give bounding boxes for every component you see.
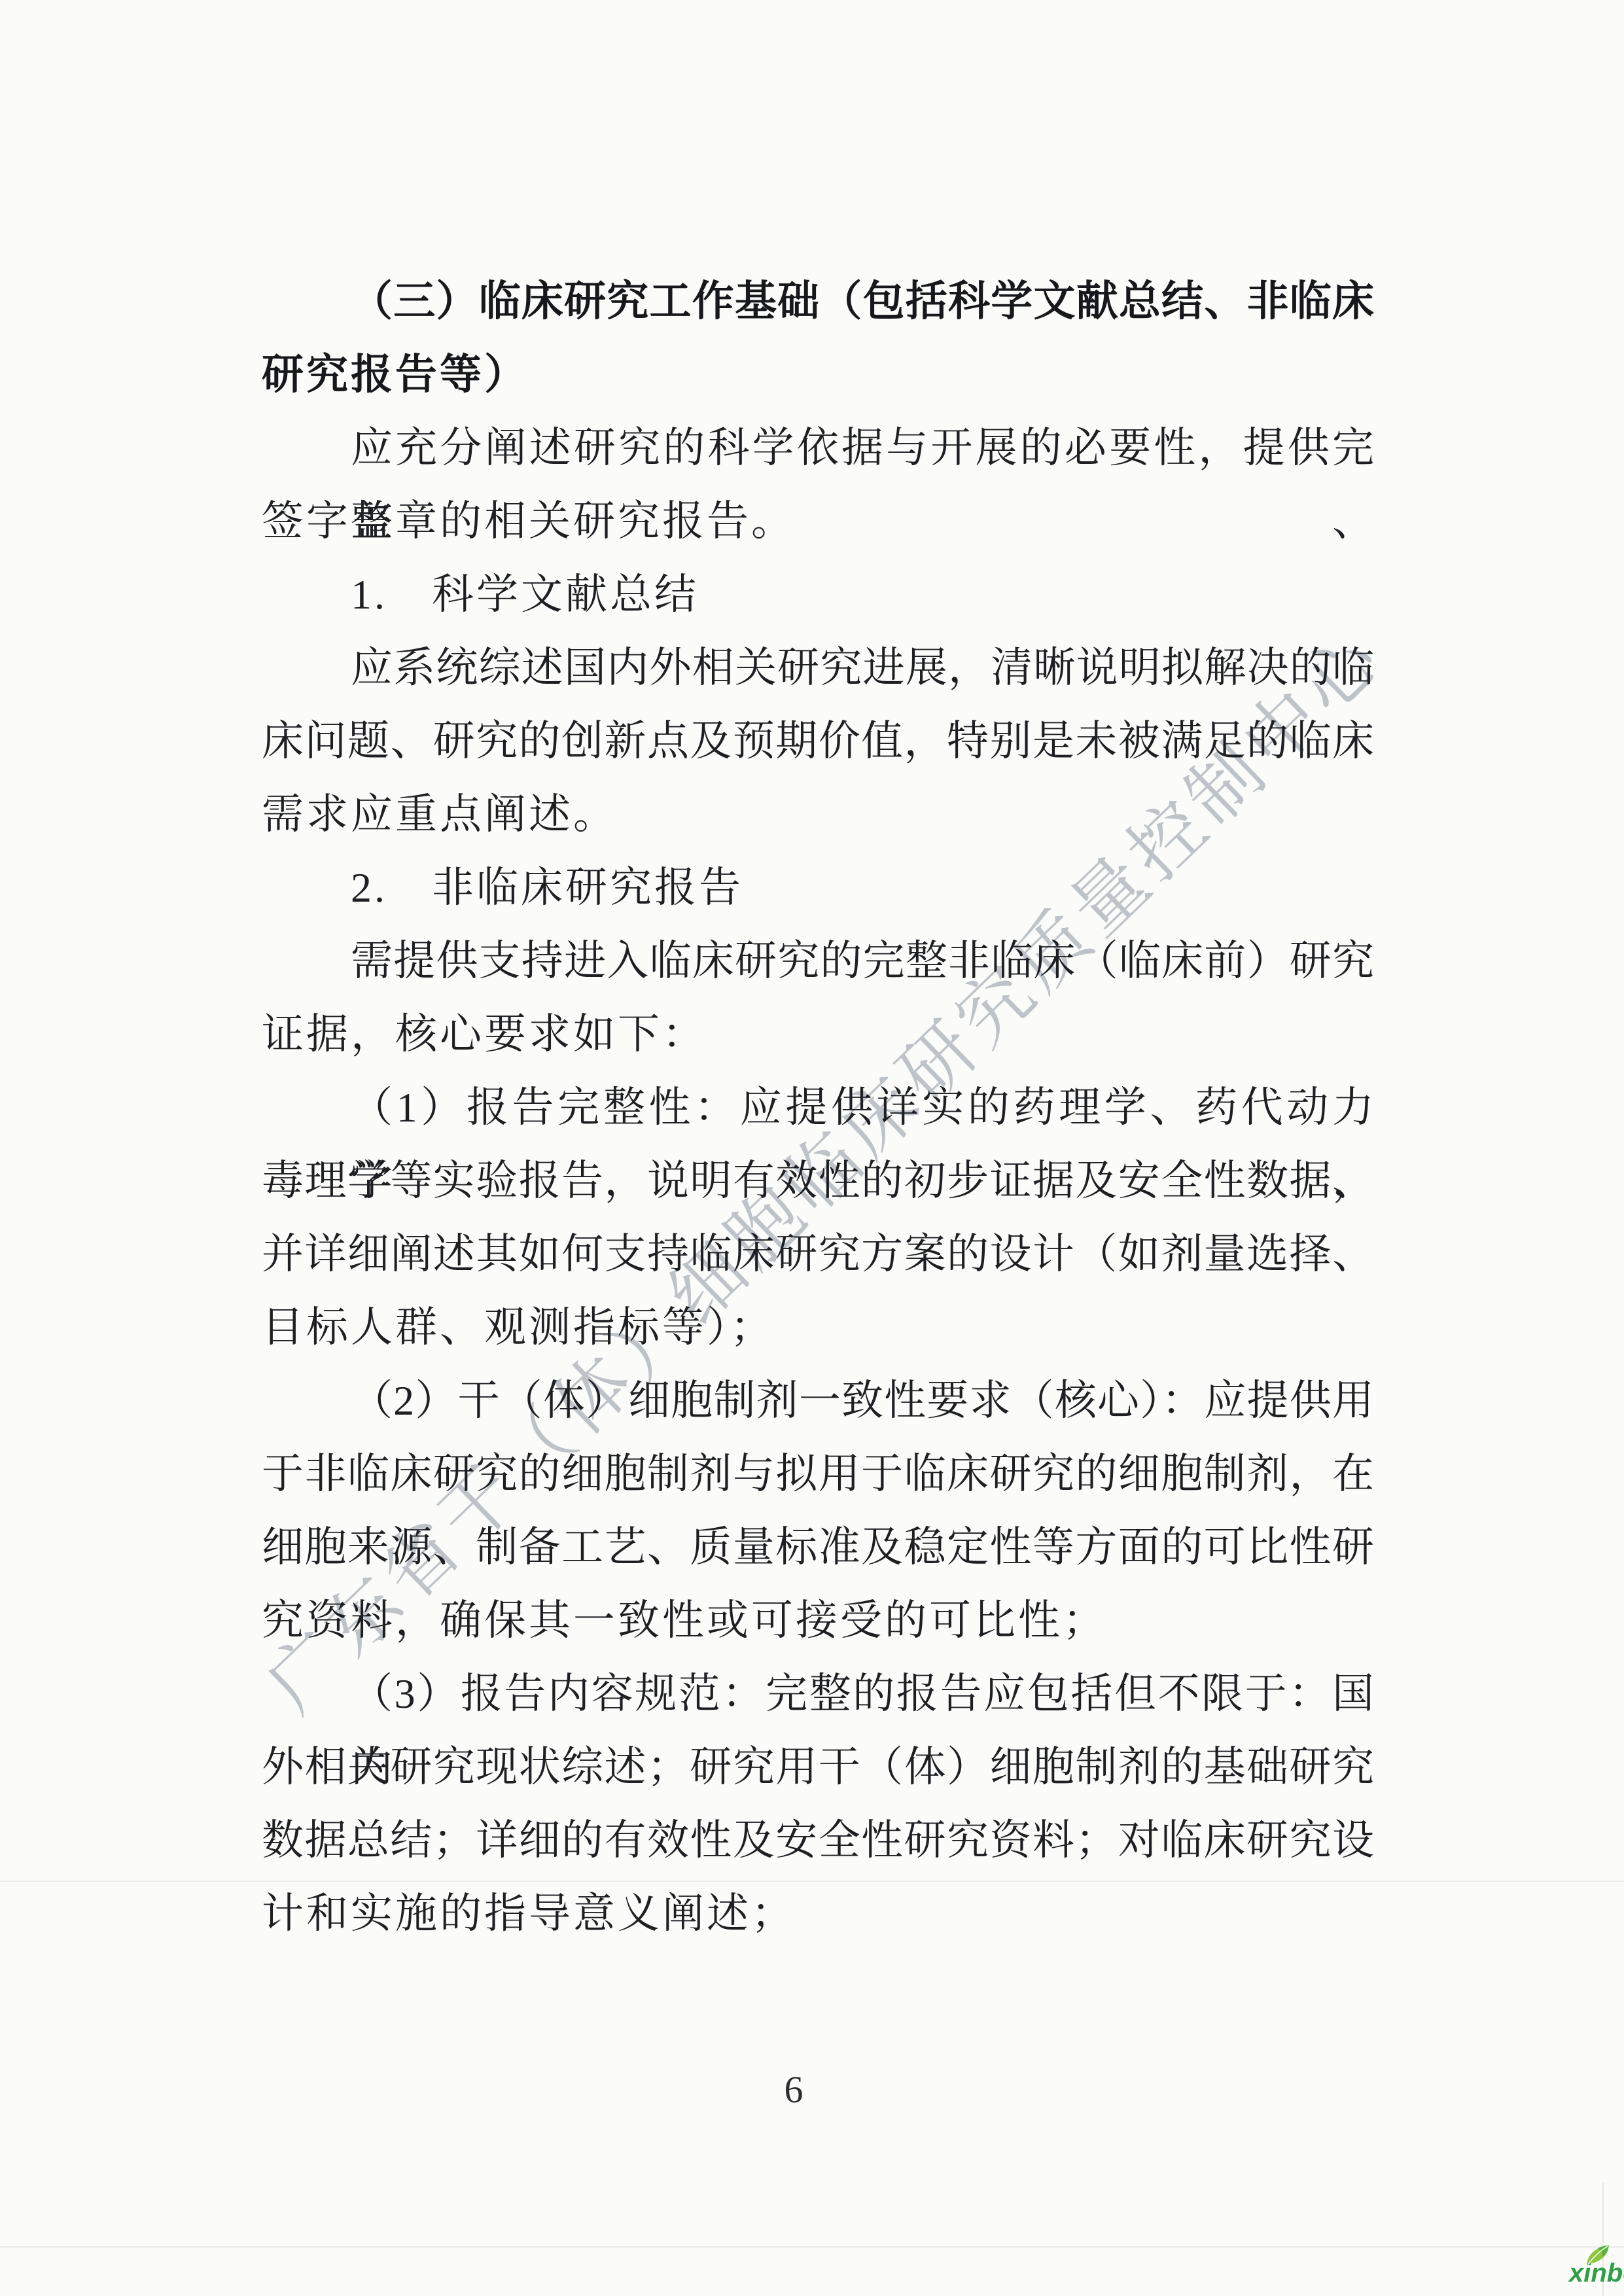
text-line: 需提供支持进入临床研究的完整非临床（临床前）研究: [262, 925, 1374, 998]
text-line: 细胞来源、制备工艺、质量标准及稳定性等方面的可比性研: [262, 1511, 1374, 1584]
document-page: 广东省干（体）细胞临床研究质量控制中心 （三）临床研究工作基础（包括科学文献总结…: [0, 0, 1624, 2296]
xinbo-logo: xinbo: [1569, 2248, 1624, 2286]
text-line: 数据总结；详细的有效性及安全性研究资料；对临床研究设: [262, 1804, 1374, 1877]
text-line: 研究报告等）: [262, 338, 1374, 412]
text-line: （1）报告完整性：应提供详实的药理学、药代动力学、: [262, 1071, 1374, 1144]
text-line: （三）临床研究工作基础（包括科学文献总结、非临床: [262, 265, 1374, 338]
text-line: 床问题、研究的创新点及预期价值，特别是未被满足的临床: [262, 705, 1374, 778]
text-line: 外相关研究现状综述；研究用干（体）细胞制剂的基础研究: [262, 1731, 1374, 1804]
text-line: （3）报告内容规范：完整的报告应包括但不限于：国内: [262, 1657, 1374, 1731]
body-text: （三）临床研究工作基础（包括科学文献总结、非临床研究报告等）应充分阐述研究的科学…: [262, 265, 1374, 1951]
text-line: 究资料，确保其一致性或可接受的可比性；: [262, 1584, 1374, 1657]
text-line: 1. 科学文献总结: [262, 558, 1374, 631]
text-line: 毒理学等实验报告，说明有效性的初步证据及安全性数据，: [262, 1144, 1374, 1218]
text-line: 应系统综述国内外相关研究进展，清晰说明拟解决的临: [262, 631, 1374, 705]
text-line: 计和实施的指导意义阐述；: [262, 1877, 1374, 1951]
text-line: （2）干（体）细胞制剂一致性要求（核心）：应提供用: [262, 1364, 1374, 1438]
text-line: 需求应重点阐述。: [262, 778, 1374, 851]
text-line: 并详细阐述其如何支持临床研究方案的设计（如剂量选择、: [262, 1218, 1374, 1291]
text-line: 目标人群、观测指标等）；: [262, 1291, 1374, 1364]
text-line: 应充分阐述研究的科学依据与开展的必要性，提供完整、: [262, 412, 1374, 485]
text-line: 证据，核心要求如下：: [262, 998, 1374, 1071]
page-number: 6: [728, 2068, 859, 2111]
scan-edge-line-horizontal: [0, 2246, 1624, 2248]
text-line: 于非临床研究的细胞制剂与拟用于临床研究的细胞制剂，在: [262, 1438, 1374, 1511]
text-line: 2. 非临床研究报告: [262, 851, 1374, 925]
